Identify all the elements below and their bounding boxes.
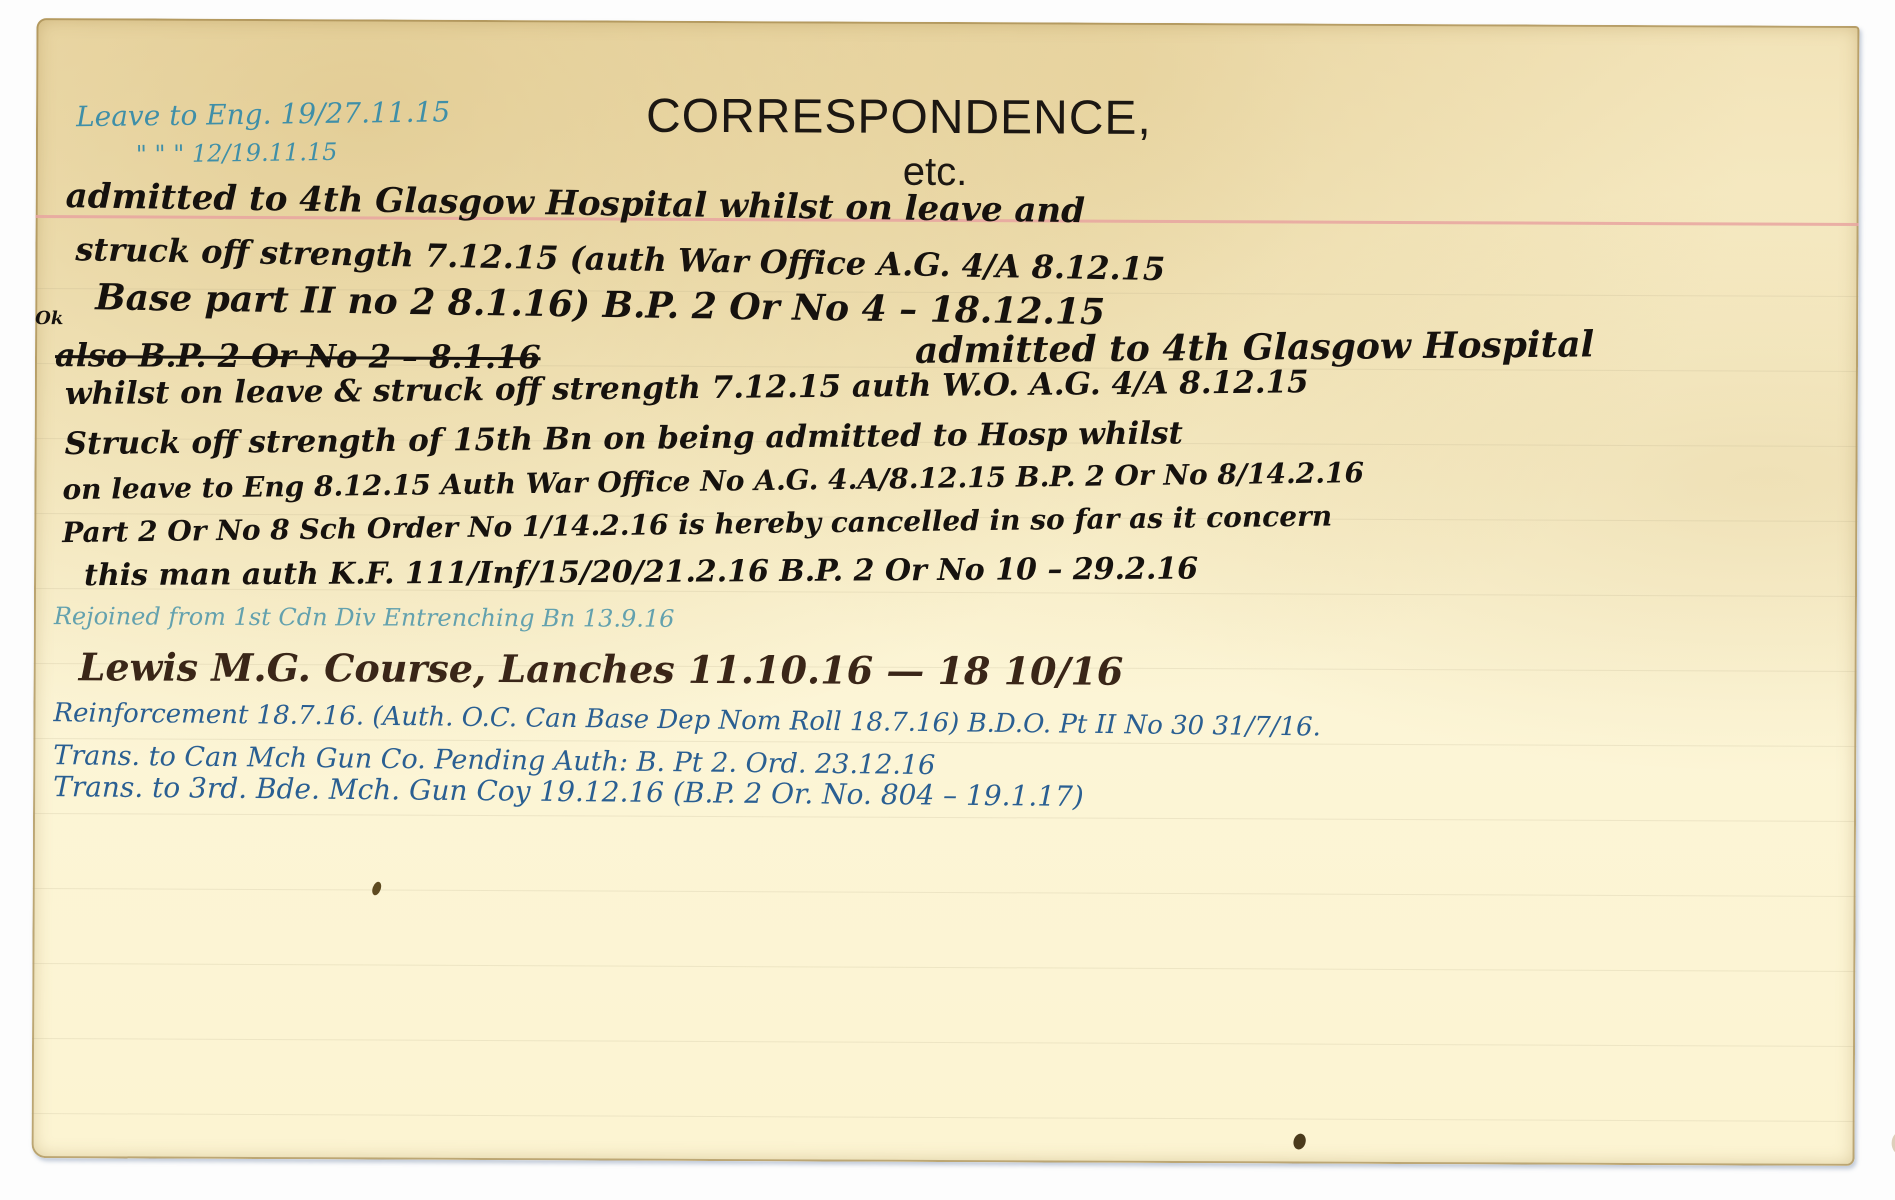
entry-line-6: Struck off strength of 15th Bn on being … — [64, 415, 1183, 462]
ruled-line — [33, 813, 1856, 822]
entry-line-12: Reinforcement 18.7.16. (Auth. O.C. Can B… — [53, 698, 1321, 742]
ink-speck — [371, 881, 383, 897]
entry-line-9: this man auth K.F. 111/Inf/15/20/21.2.16… — [84, 551, 1198, 593]
record-card: CORRESPONDENCE, etc. Leave to Eng. 19/27… — [32, 18, 1860, 1166]
entry-line-3: Base part II no 2 8.1.16) B.P. 2 Or No 4… — [95, 276, 1105, 333]
leave-entry-2: " " " 12/19.11.15 — [136, 138, 338, 169]
ruled-line — [32, 963, 1855, 972]
card-heading: CORRESPONDENCE, — [646, 89, 1152, 146]
margin-note: Ok — [35, 308, 63, 329]
ruled-line — [32, 1038, 1855, 1047]
entry-line-10: Rejoined from 1st Cdn Div Entrenching Bn… — [54, 602, 675, 633]
ruled-line — [32, 1113, 1855, 1122]
struck-entry: also B.P. 2 Or No 2 – 8.1.16 — [55, 336, 541, 376]
entry-line-7: on leave to Eng 8.12.15 Auth War Office … — [62, 456, 1364, 506]
leave-entry-1: Leave to Eng. 19/27.11.15 — [76, 95, 451, 133]
ruled-line — [33, 888, 1856, 897]
entry-line-8: Part 2 Or No 8 Sch Order No 1/14.2.16 is… — [62, 500, 1332, 550]
ink-speck — [1292, 1132, 1308, 1151]
entry-line-11: Lewis M.G. Course, Lanches 11.10.16 — 18… — [79, 644, 1124, 694]
edge-stain — [1892, 1131, 1895, 1155]
